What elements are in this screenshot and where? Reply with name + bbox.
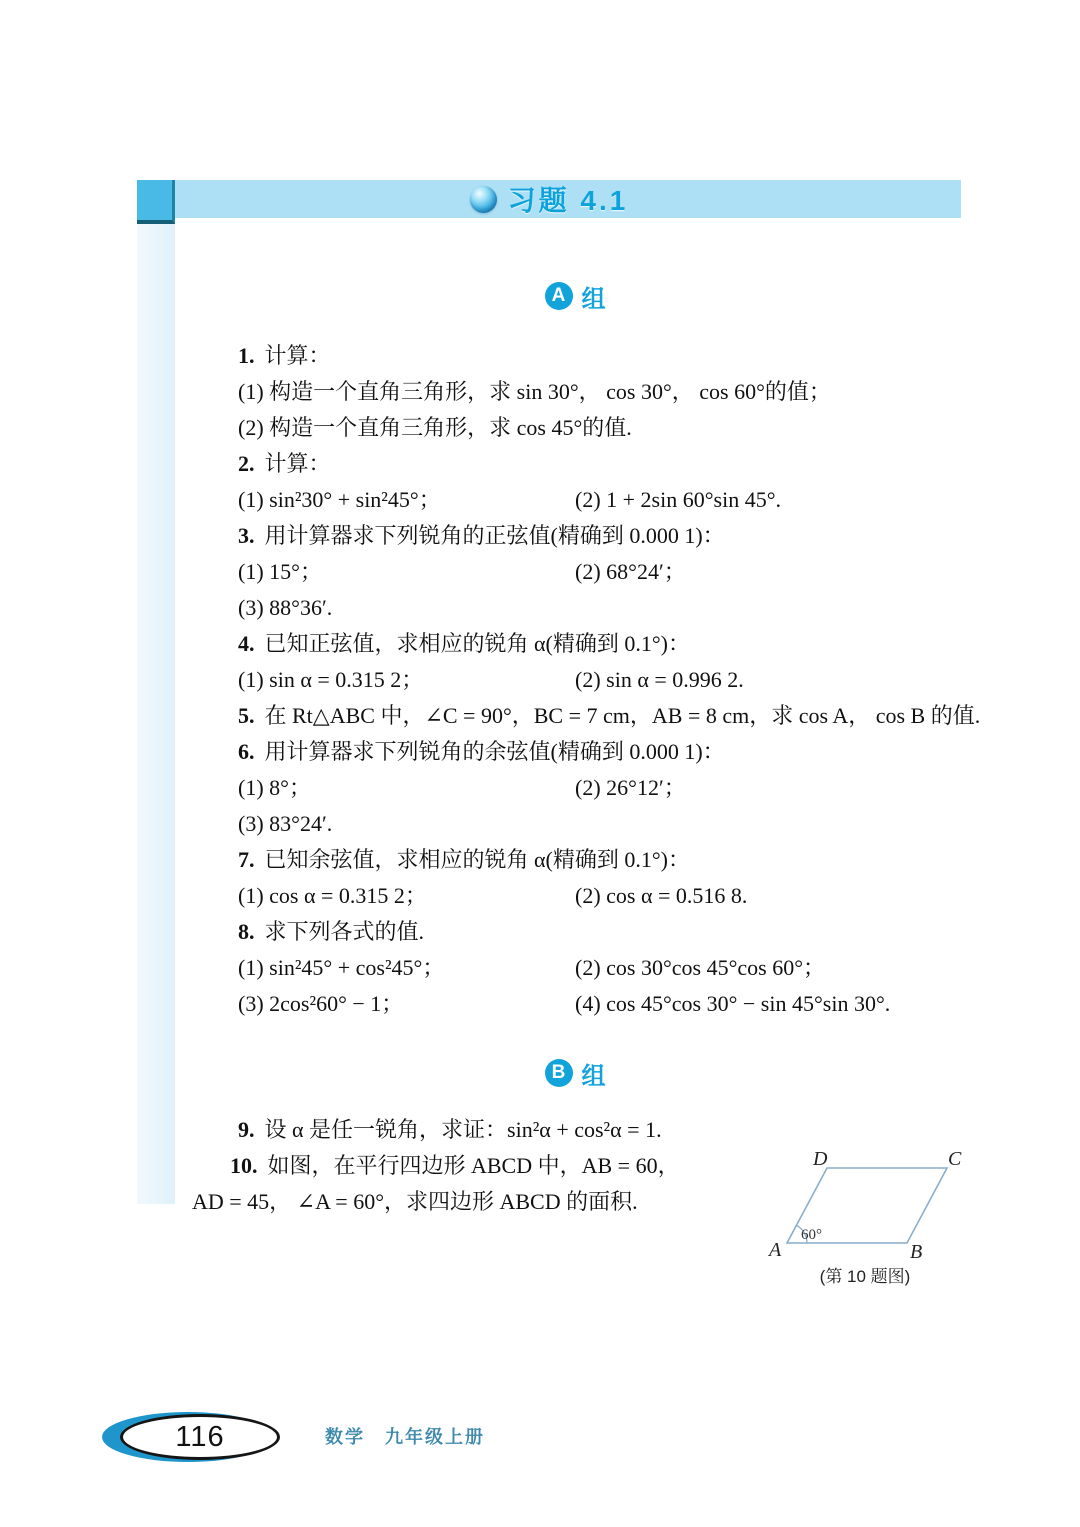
problem-10-number: 10.: [230, 1153, 258, 1178]
problem-6-number: 6.: [238, 739, 255, 764]
group-b-heading: B 组: [190, 1058, 960, 1088]
problem-7-number: 7.: [238, 847, 255, 872]
group-a-heading: A 组: [190, 281, 960, 311]
group-b-badge: B: [545, 1059, 573, 1087]
problem-6-item-3: (3) 83°24′.: [192, 806, 1022, 842]
problem-4-number: 4.: [238, 631, 255, 656]
problem-9-text: 设 α 是任一锐角，求证：sin²α + cos²α = 1.: [265, 1117, 662, 1142]
figure-caption: (第 10 题图): [760, 1262, 970, 1287]
problem-2-text: 计算：: [265, 451, 331, 476]
page-number: 116: [175, 1421, 224, 1454]
problem-6-item-3-text: (3) 83°24′.: [238, 811, 332, 836]
problem-8-text: 求下列各式的值.: [265, 919, 425, 944]
problem-5: 5.在 Rt△ABC 中，∠C = 90°，BC = 7 cm，AB = 8 c…: [192, 698, 1022, 734]
problem-4-text: 已知正弦值，求相应的锐角 α(精确到 0.1°)：: [265, 631, 690, 656]
problem-3-number: 3.: [238, 523, 255, 548]
problem-4-items: (1) sin α = 0.315 2；(2) sin α = 0.996 2.: [192, 662, 1022, 698]
problem-3-item-1-text: (1) 15°；: [238, 554, 575, 590]
problem-3-item-3: (3) 88°36′.: [192, 590, 1022, 626]
figure-vertex-d: D: [812, 1150, 828, 1170]
problem-8-items-row-2: (3) 2cos²60° − 1；(4) cos 45°cos 30° − si…: [192, 986, 1022, 1022]
problem-2-number: 2.: [238, 451, 255, 476]
figure-angle-label: 60°: [801, 1227, 822, 1243]
problem-3: 3.用计算器求下列锐角的正弦值(精确到 0.000 1)：: [192, 518, 1022, 554]
figure-vertex-a: A: [767, 1239, 782, 1261]
problem-3-text: 用计算器求下列锐角的正弦值(精确到 0.000 1)：: [265, 523, 725, 548]
problem-7-text: 已知余弦值，求相应的锐角 α(精确到 0.1°)：: [265, 847, 690, 872]
problem-1-item-1-text: (1) 构造一个直角三角形，求 sin 30°， cos 30°， cos 60…: [238, 379, 831, 404]
page-title: 习题 4.1: [508, 179, 629, 219]
problem-8-number: 8.: [238, 919, 255, 944]
problem-6: 6.用计算器求下列锐角的余弦值(精确到 0.000 1)：: [192, 734, 1022, 770]
problem-8-item-4-text: (4) cos 45°cos 30° − sin 45°sin 30°.: [575, 991, 890, 1016]
problem-4-item-1-text: (1) sin α = 0.315 2；: [238, 662, 575, 698]
problem-3-item-2-text: (2) 68°24′；: [575, 559, 686, 584]
problem-1-number: 1.: [238, 343, 255, 368]
problem-6-items-row-1: (1) 8°；(2) 26°12′；: [192, 770, 1022, 806]
book-title: 数学 九年级上册: [325, 1423, 485, 1449]
exercise-header: 习题 4.1: [137, 180, 961, 218]
problem-4-item-2-text: (2) sin α = 0.996 2.: [575, 667, 744, 692]
problem-7-item-2-text: (2) cos α = 0.516 8.: [575, 883, 747, 908]
problem-7: 7.已知余弦值，求相应的锐角 α(精确到 0.1°)：: [192, 842, 1022, 878]
figure-vertex-b: B: [910, 1241, 922, 1263]
problem-6-item-2-text: (2) 26°12′；: [575, 775, 686, 800]
parallelogram-figure: 60° A B C D: [755, 1150, 1025, 1275]
problem-5-number: 5.: [238, 703, 255, 728]
problem-10-text: 如图，在平行四边形 ABCD 中，AB = 60，: [268, 1153, 680, 1178]
problem-6-text: 用计算器求下列锐角的余弦值(精确到 0.000 1)：: [265, 739, 725, 764]
side-strip: [137, 224, 175, 1204]
page-number-badge: 116: [120, 1414, 280, 1460]
problem-2: 2.计算：: [192, 446, 1022, 482]
problem-1-item-1: (1) 构造一个直角三角形，求 sin 30°， cos 30°， cos 60…: [192, 374, 1022, 410]
problem-2-item-1-text: (1) sin²30° + sin²45°；: [238, 482, 575, 518]
figure-vertex-c: C: [948, 1150, 962, 1170]
problem-8: 8.求下列各式的值.: [192, 914, 1022, 950]
problem-2-item-2-text: (2) 1 + 2sin 60°sin 45°.: [575, 487, 781, 512]
problem-7-items: (1) cos α = 0.315 2；(2) cos α = 0.516 8.: [192, 878, 1022, 914]
problem-9-number: 9.: [238, 1117, 255, 1142]
problem-8-item-1-text: (1) sin²45° + cos²45°；: [238, 950, 575, 986]
problem-1-text: 计算：: [265, 343, 331, 368]
problem-3-items-row-1: (1) 15°；(2) 68°24′；: [192, 554, 1022, 590]
problem-8-item-2-text: (2) cos 30°cos 45°cos 60°；: [575, 955, 825, 980]
problem-8-item-3-text: (3) 2cos²60° − 1；: [238, 986, 575, 1022]
group-a-label: 组: [582, 279, 606, 314]
group-b-label: 组: [582, 1056, 606, 1091]
problem-9: 9.设 α 是任一锐角，求证：sin²α + cos²α = 1.: [192, 1112, 1022, 1148]
problem-3-item-3-text: (3) 88°36′.: [238, 595, 332, 620]
problem-5-text: 在 Rt△ABC 中，∠C = 90°，BC = 7 cm，AB = 8 cm，…: [265, 703, 981, 728]
problem-6-item-1-text: (1) 8°；: [238, 770, 575, 806]
group-a-badge: A: [545, 282, 573, 310]
globe-icon: [470, 186, 497, 213]
problem-1-item-2: (2) 构造一个直角三角形，求 cos 45°的值.: [192, 410, 1022, 446]
problem-2-items: (1) sin²30° + sin²45°；(2) 1 + 2sin 60°si…: [192, 482, 1022, 518]
problem-4: 4.已知正弦值，求相应的锐角 α(精确到 0.1°)：: [192, 626, 1022, 662]
problem-1-item-2-text: (2) 构造一个直角三角形，求 cos 45°的值.: [238, 415, 632, 440]
group-a-problems: 1.计算： (1) 构造一个直角三角形，求 sin 30°， cos 30°， …: [192, 338, 1022, 1022]
problem-8-items-row-1: (1) sin²45° + cos²45°；(2) cos 30°cos 45°…: [192, 950, 1022, 986]
problem-1: 1.计算：: [192, 338, 1022, 374]
problem-7-item-1-text: (1) cos α = 0.315 2；: [238, 878, 575, 914]
problem-10-continued-text: AD = 45， ∠A = 60°，求四边形 ABCD 的面积.: [192, 1189, 638, 1214]
